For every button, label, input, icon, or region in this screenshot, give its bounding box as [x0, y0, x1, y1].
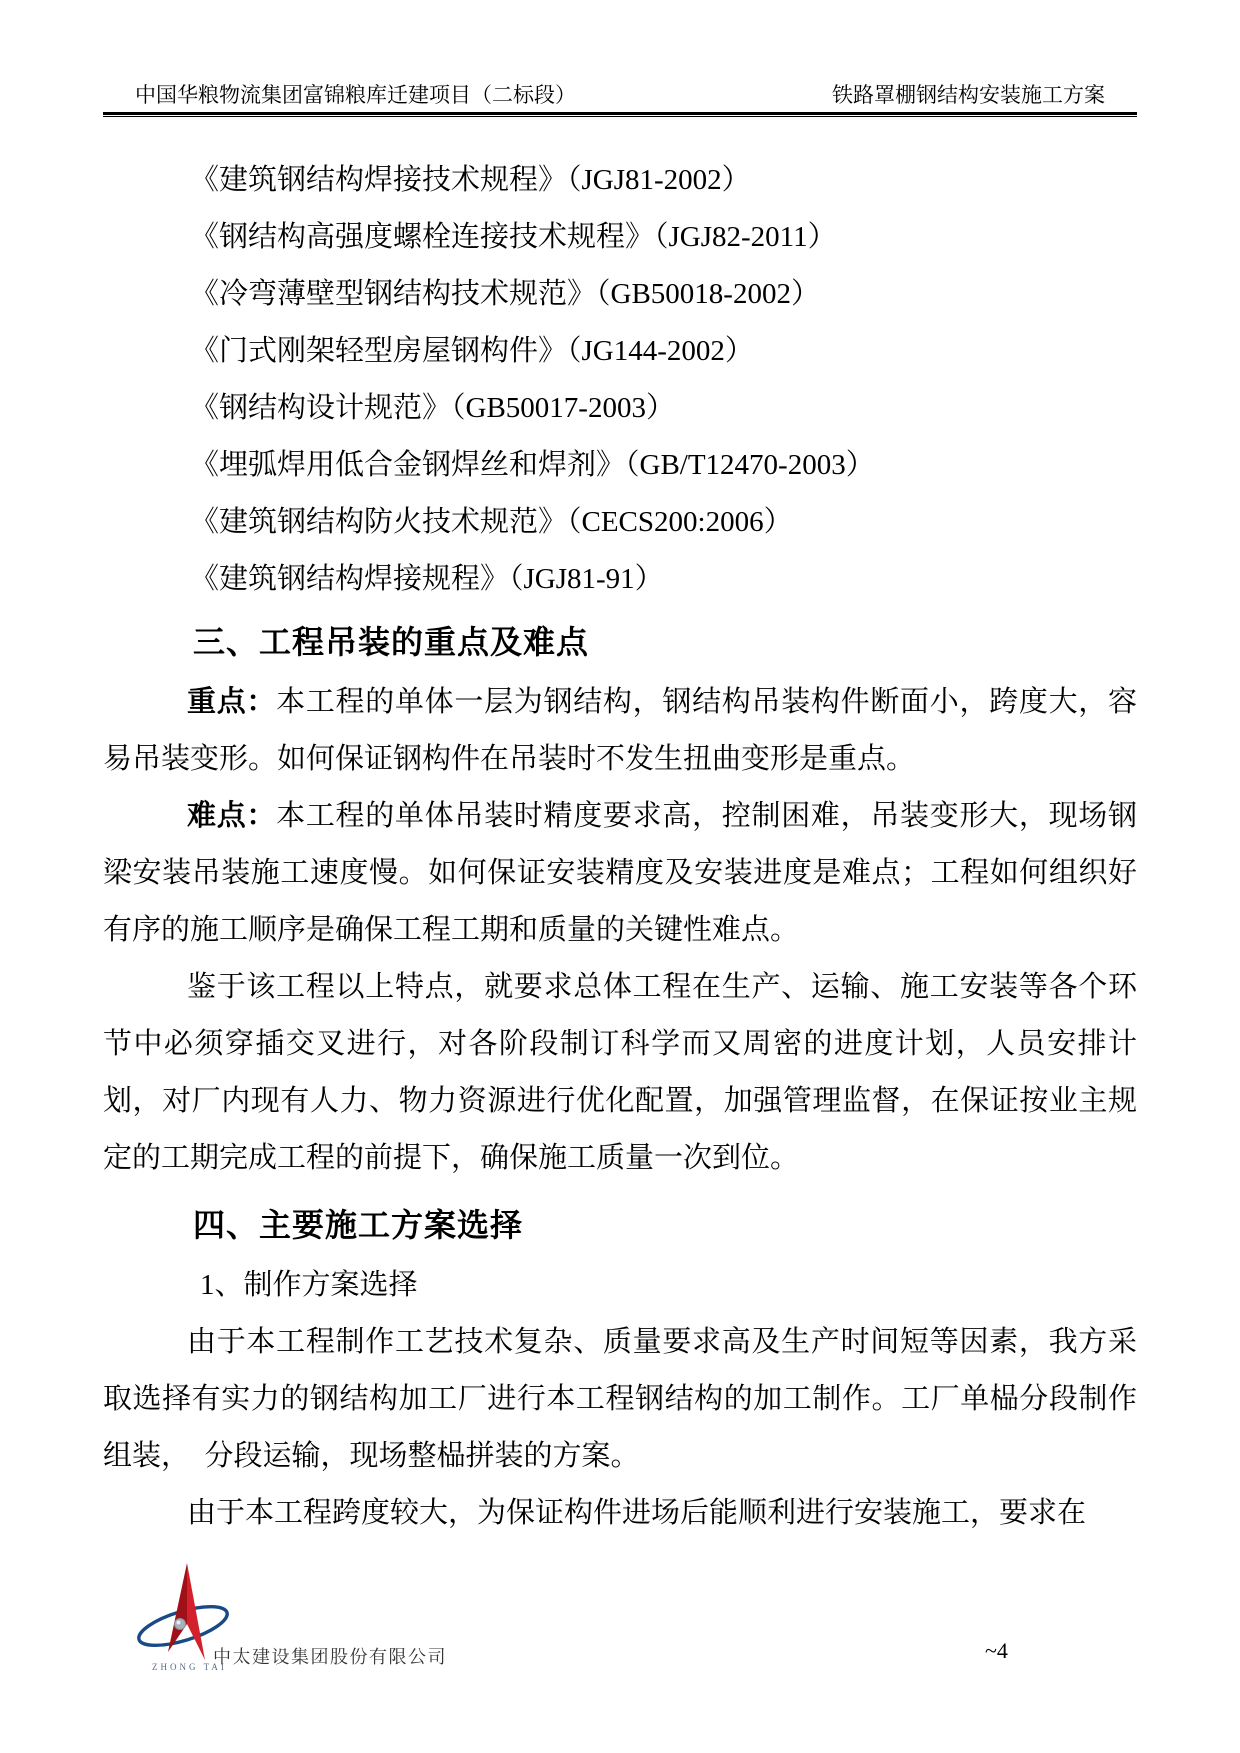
- paragraph-fabrication-plan: 由于本工程制作工艺技术复杂、质量要求高及生产时间短等因素，我方采取选择有实力的钢…: [103, 1314, 1137, 1485]
- document-page: 中国华粮物流集团富锦粮库迁建项目（二标段） 铁路罩棚钢结构安装施工方案 《建筑钢…: [0, 0, 1240, 1753]
- key-point-label: 重点：: [187, 686, 276, 718]
- reference-item: 《钢结构设计规范》（GB50017-2003）: [103, 380, 1137, 437]
- difficult-point-label: 难点：: [187, 800, 276, 832]
- document-body: 《建筑钢结构焊接技术规程》（JGJ81-2002） 《钢结构高强度螺栓连接技术规…: [103, 152, 1137, 1542]
- logo-arrow-right: [187, 1563, 205, 1660]
- paragraph-overview: 鉴于该工程以上特点，就要求总体工程在生产、运输、施工安装等各个环节中必须穿插交叉…: [103, 959, 1137, 1187]
- page-number: ~4: [985, 1638, 1008, 1664]
- reference-item: 《建筑钢结构防火技术规范》（CECS200:2006）: [103, 494, 1137, 551]
- reference-item: 《门式刚架轻型房屋钢构件》（JG144-2002）: [103, 323, 1137, 380]
- company-name: 中太建设集团股份有限公司: [213, 1643, 447, 1669]
- reference-item: 《钢结构高强度螺栓连接技术规程》（JGJ82-2011）: [103, 209, 1137, 266]
- header-divider-rule: [103, 112, 1137, 117]
- header-left-title: 中国华粮物流集团富锦粮库迁建项目（二标段）: [135, 80, 576, 110]
- logo-orbit-ball-highlight: [177, 1621, 181, 1625]
- page-header: 中国华粮物流集团富锦粮库迁建项目（二标段） 铁路罩棚钢结构安装施工方案: [135, 80, 1105, 110]
- reference-item: 《建筑钢结构焊接规程》（JGJ81-91）: [103, 551, 1137, 608]
- subsection-1-heading: 1、制作方案选择: [103, 1257, 1137, 1314]
- section-4-heading: 四、主要施工方案选择: [103, 1201, 1137, 1249]
- logo-arrow-left: [168, 1563, 187, 1652]
- reference-item: 《冷弯薄壁型钢结构技术规范》（GB50018-2002）: [103, 266, 1137, 323]
- reference-item: 《建筑钢结构焊接技术规程》（JGJ81-2002）: [103, 152, 1137, 209]
- paragraph-key-point: 重点：本工程的单体一层为钢结构，钢结构吊装构件断面小，跨度大，容易吊装变形。如何…: [103, 674, 1137, 788]
- logo-orbit-ball: [175, 1619, 186, 1630]
- section-3-heading: 三、工程吊装的重点及难点: [103, 618, 1137, 666]
- header-right-title: 铁路罩棚钢结构安装施工方案: [832, 80, 1105, 110]
- reference-item: 《埋弧焊用低合金钢焊丝和焊剂》（GB/T12470-2003）: [103, 437, 1137, 494]
- paragraph-span-requirement: 由于本工程跨度较大，为保证构件进场后能顺利进行安装施工，要求在: [103, 1485, 1137, 1542]
- paragraph-difficult-point: 难点：本工程的单体吊装时精度要求高，控制困难，吊装变形大，现场钢梁安装吊装施工速…: [103, 788, 1137, 959]
